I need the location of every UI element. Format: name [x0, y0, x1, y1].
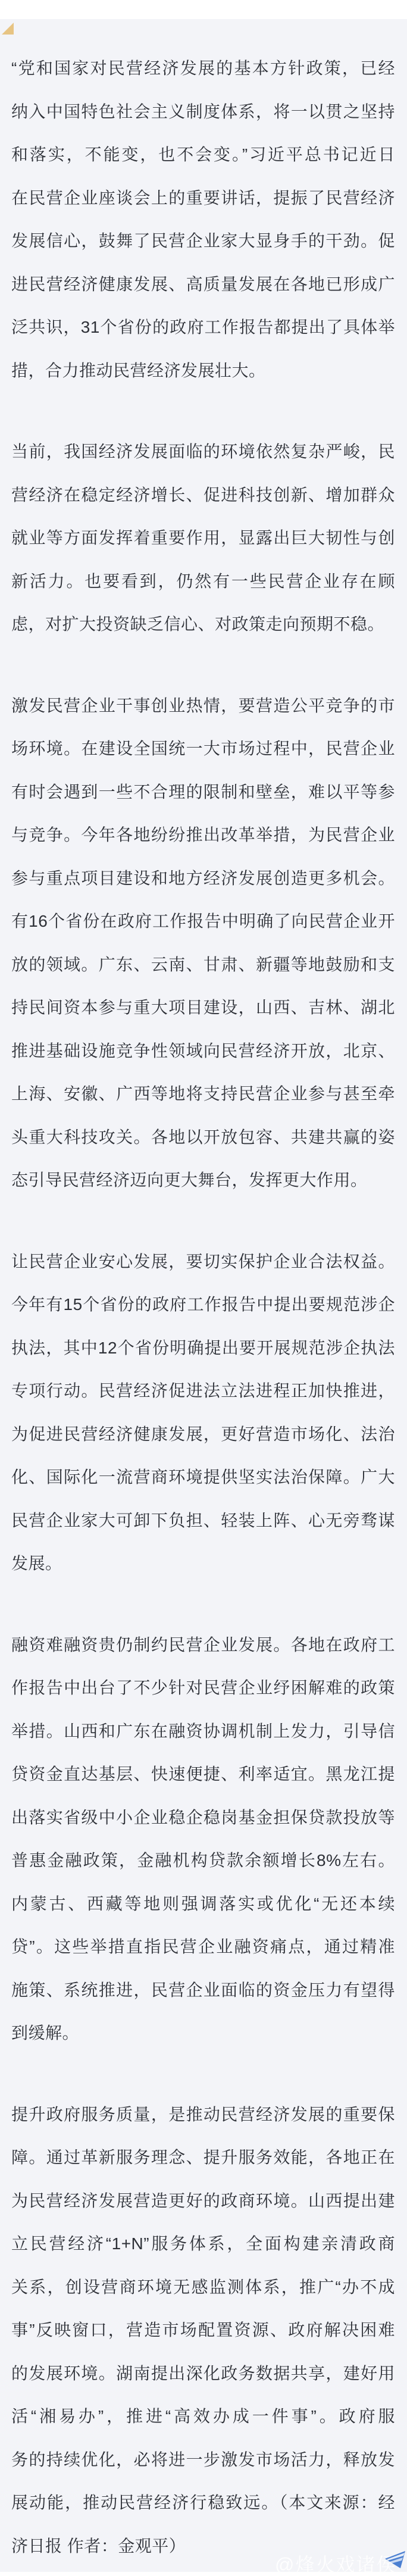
text-line: 纳入中国特色社会主义制度体系，将一以贯之坚持 — [11, 90, 395, 134]
text-line: 有16个省份在政府工作报告中明确了向民营企业开 — [11, 900, 395, 943]
text-line: 为民营经济发展营造更好的政商环境。山西提出建 — [11, 2180, 395, 2223]
text-line: 当前，我国经济发展面临的环境依然复杂严峻，民 — [11, 430, 395, 474]
text-line: 贷”。这些举措直指民营企业融资痛点，通过精准 — [11, 1925, 395, 1969]
text-line: 的发展环境。湖南提出深化政务数据共享，建好用 — [11, 2352, 395, 2396]
paragraph: 提升政府服务质量，是推动民营经济发展的重要保障。通过革新服务理念、提升服务效能，… — [11, 2093, 395, 2568]
text-line: 虑，对扩大投资缺乏信心、对政策走向预期不稳。 — [11, 603, 395, 646]
text-line: 出落实省级中小企业稳企稳岗基金担保贷款投放等 — [11, 1796, 395, 1840]
text-line: 和落实，不能变，也不会变。”习近平总书记近日 — [11, 133, 395, 177]
text-line: 贷资金直达基层、快速便捷、利率适宜。黑龙江提 — [11, 1753, 395, 1796]
text-line: 发展。 — [11, 1542, 395, 1586]
text-line: 今年有15个省份的政府工作报告中提出要规范涉企 — [11, 1283, 395, 1327]
text-line: 放的领域。广东、云南、甘肃、新疆等地鼓励和支 — [11, 943, 395, 987]
text-line: 内蒙古、西藏等地则强调落实或优化“无还本续 — [11, 1883, 395, 1926]
article-body: “党和国家对民营经济发展的基本方针政策，已经纳入中国特色社会主义制度体系，将一以… — [11, 47, 395, 2568]
text-line: 民营企业家大可卸下负担、轻装上阵、心无旁骛谋 — [11, 1499, 395, 1543]
text-line: 化、国际化一流营商环境提供坚实法治保障。广大 — [11, 1456, 395, 1499]
paragraph: 让民营企业安心发展，要切实保护企业合法权益。今年有15个省份的政府工作报告中提出… — [11, 1240, 395, 1586]
text-line: 措，合力推动民营经济发展壮大。 — [11, 349, 395, 393]
paragraph: 激发民营企业干事创业热情，要营造公平竞争的市场环境。在建设全国统一大市场过程中，… — [11, 684, 395, 1202]
text-line: 泛共识，31个省份的政府工作报告都提出了具体举 — [11, 306, 395, 349]
text-line: 作报告中出台了不少针对民营企业纾困解难的政策 — [11, 1667, 395, 1710]
text-line: 在民营企业座谈会上的重要讲话，提振了民营经济 — [11, 177, 395, 220]
text-line: 执法，其中12个省份明确提出要开展规范涉企执法 — [11, 1327, 395, 1370]
text-line: 施策、系统推进，民营企业面临的资金压力有望得 — [11, 1969, 395, 2012]
text-line: 场环境。在建设全国统一大市场过程中，民营企业 — [11, 727, 395, 771]
text-line: 活“湘易办”，推进“高效办成一件事”。政府服 — [11, 2395, 395, 2439]
bottom-white-strip — [0, 2572, 407, 2576]
text-line: 与竞争。今年各地纷纷推出改革举措，为民营企业 — [11, 814, 395, 857]
text-line: 为促进民营经济健康发展，更好营造市场化、法治 — [11, 1413, 395, 1456]
text-line: 进民营经济健康发展、高质量发展在各地已形成广 — [11, 263, 395, 307]
paper-plane-icon — [384, 2551, 406, 2569]
text-line: 立民营经济“1+N”服务体系，全面构建亲清政商 — [11, 2222, 395, 2266]
text-line: 普惠金融政策，金融机构贷款余额增长8%左右。 — [11, 1839, 395, 1883]
text-line: 头重大科技攻关。各地以开放包容、共建共赢的姿 — [11, 1116, 395, 1159]
text-line: 到缓解。 — [11, 2012, 395, 2055]
text-line: 发展信心，鼓舞了民营企业家大显身手的干劲。促 — [11, 220, 395, 263]
text-line: “党和国家对民营经济发展的基本方针政策，已经 — [11, 47, 395, 90]
text-line: 参与重点项目建设和地方经济发展创造更多机会。 — [11, 857, 395, 901]
text-line: 融资难融资贵仍制约民营企业发展。各地在政府工 — [11, 1624, 395, 1667]
text-line: 上海、安徽、广西等地将支持民营企业参与甚至牵 — [11, 1073, 395, 1116]
text-line: 让民营企业安心发展，要切实保护企业合法权益。 — [11, 1240, 395, 1284]
text-line: 就业等方面发挥着重要作用，显露出巨大韧性与创 — [11, 517, 395, 560]
article-screenshot: “党和国家对民营经济发展的基本方针政策，已经纳入中国特色社会主义制度体系，将一以… — [0, 0, 407, 2576]
text-line: 有时会遇到一些不合理的限制和壁垒，难以平等参 — [11, 771, 395, 814]
text-line: 举措。山西和广东在融资协调机制上发力，引导信 — [11, 1710, 395, 1753]
text-line: 营经济在稳定经济增长、促进科技创新、增加群众 — [11, 474, 395, 517]
text-line: 障。通过革新服务理念、提升服务效能，各地正在 — [11, 2136, 395, 2180]
text-line: 务的持续优化，必将进一步激发市场活力，释放发 — [11, 2439, 395, 2482]
text-line: 态引导民营经济迈向更大舞台，发挥更大作用。 — [11, 1159, 395, 1202]
text-line: 提升政府服务质量，是推动民营经济发展的重要保 — [11, 2093, 395, 2137]
text-line: 关系，创设营商环境无感监测体系，推广“办不成 — [11, 2266, 395, 2309]
text-line: 持民间资本参与重大项目建设，山西、吉林、湖北 — [11, 986, 395, 1030]
text-line: 事”反映窗口，营造市场配置资源、政府解决困难 — [11, 2309, 395, 2352]
top-white-strip — [0, 0, 407, 19]
paragraph: 融资难融资贵仍制约民营企业发展。各地在政府工作报告中出台了不少针对民营企业纾困解… — [11, 1624, 395, 2055]
text-line: 展动能，推动民营经济行稳致远。（本文来源：经 — [11, 2481, 395, 2525]
text-line: 新活力。也要看到，仍然有一些民营企业存在顾 — [11, 560, 395, 604]
text-line: 推进基础设施竞争性领域向民营经济开放，北京、 — [11, 1030, 395, 1073]
text-line: 专项行动。民营经济促进法立法进程正加快推进， — [11, 1370, 395, 1413]
corner-triangle-decoration — [2, 23, 14, 35]
paragraph: 当前，我国经济发展面临的环境依然复杂严峻，民营经济在稳定经济增长、促进科技创新、… — [11, 430, 395, 646]
paragraph: “党和国家对民营经济发展的基本方针政策，已经纳入中国特色社会主义制度体系，将一以… — [11, 47, 395, 392]
text-line: 激发民营企业干事创业热情，要营造公平竞争的市 — [11, 684, 395, 728]
